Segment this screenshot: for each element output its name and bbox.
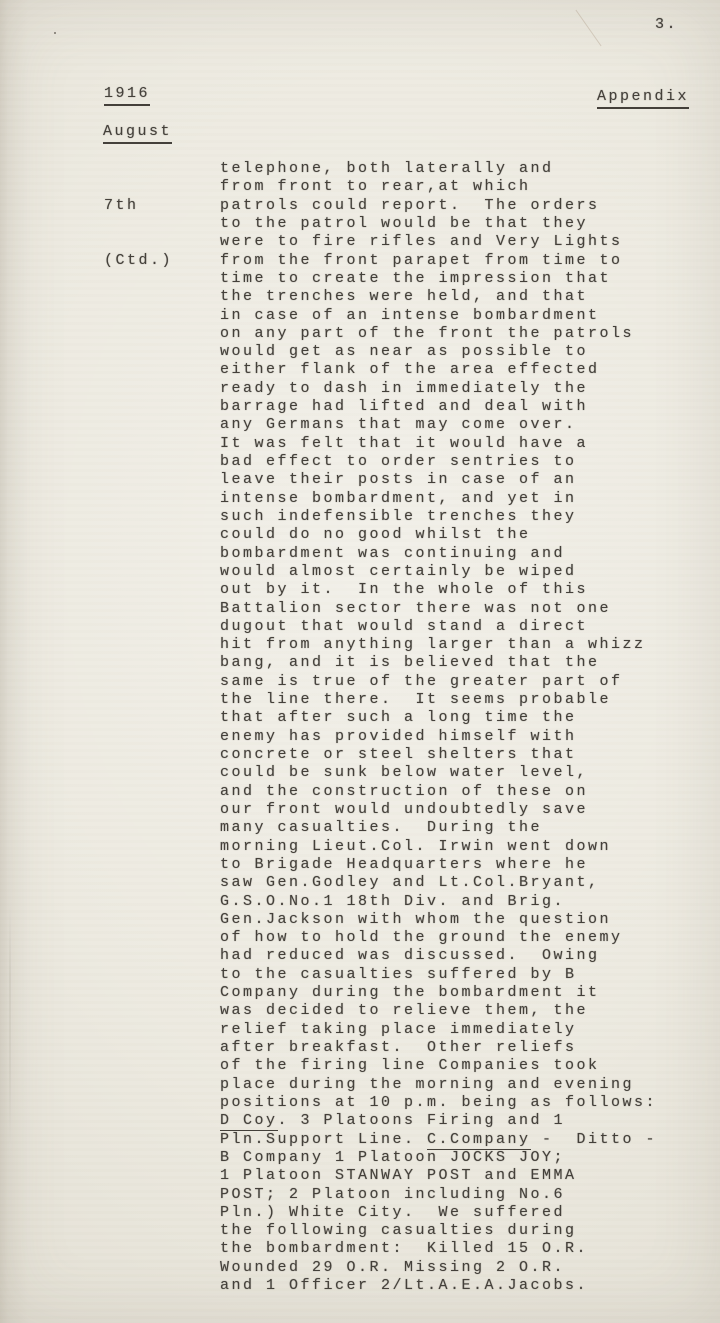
document-page: 3. 1916 Appendix August 7th (Ctd.) telep… <box>0 0 720 1323</box>
body-line: after breakfast. Other reliefs <box>220 1039 657 1057</box>
body-line: of how to hold the ground the enemy <box>220 929 657 947</box>
month-heading: August <box>103 123 172 144</box>
body-line: leave their posts in case of an <box>220 471 657 489</box>
year-heading: 1916 <box>104 85 150 106</box>
body-line: dugout that would stand a direct <box>220 618 657 636</box>
body-line: on any part of the front the patrols <box>220 325 657 343</box>
body-line: the trenches were held, and that <box>220 288 657 306</box>
body-line: and 1 Officer 2/Lt.A.E.A.Jacobs. <box>220 1277 657 1295</box>
body-line: out by it. In the whole of this <box>220 581 657 599</box>
body-line: G.S.O.No.1 18th Div. and Brig. <box>220 893 657 911</box>
body-line: D Coy. 3 Platoons Firing and 1 <box>220 1112 657 1130</box>
body-line: any Germans that may come over. <box>220 416 657 434</box>
body-line: that after such a long time the <box>220 709 657 727</box>
body-line: the bombardment: Killed 15 O.R. <box>220 1240 657 1258</box>
body-line: to the casualties suffered by B <box>220 966 657 984</box>
body-line: from the front parapet from time to <box>220 252 657 270</box>
margin-continued: (Ctd.) <box>104 252 173 270</box>
body-line: our front would undoubtedly save <box>220 801 657 819</box>
body-line: could be sunk below water level, <box>220 764 657 782</box>
body-line: from front to rear,at which <box>220 178 657 196</box>
body-line: enemy has provided himself with <box>220 728 657 746</box>
body-line: hit from anything larger than a whizz <box>220 636 657 654</box>
body-line: telephone, both laterally and <box>220 160 657 178</box>
body-line: such indefensible trenches they <box>220 508 657 526</box>
body-line: morning Lieut.Col. Irwin went down <box>220 838 657 856</box>
body-line: same is true of the greater part of <box>220 673 657 691</box>
body-line: either flank of the area effected <box>220 361 657 379</box>
body-line: place during the morning and evening <box>220 1076 657 1094</box>
body-line: the following casualties during <box>220 1222 657 1240</box>
body-line: to the patrol would be that they <box>220 215 657 233</box>
scan-streak-mark <box>9 905 11 1145</box>
body-line: were to fire rifles and Very Lights <box>220 233 657 251</box>
body-text: telephone, both laterally andfrom front … <box>220 160 657 1295</box>
body-line: bombardment was continuing and <box>220 545 657 563</box>
body-line: POST; 2 Platoon including No.6 <box>220 1186 657 1204</box>
body-line: Battalion sector there was not one <box>220 600 657 618</box>
body-line: to Brigade Headquarters where he <box>220 856 657 874</box>
margin-day: 7th <box>104 197 173 215</box>
body-line: the line there. It seems probable <box>220 691 657 709</box>
page-number: 3. <box>655 16 678 33</box>
body-line: and the construction of these on <box>220 783 657 801</box>
body-line: barrage had lifted and deal with <box>220 398 657 416</box>
body-line: Pln.Support Line. C.Company - Ditto - <box>220 1131 657 1149</box>
body-line: in case of an intense bombardment <box>220 307 657 325</box>
scan-edge-shadow <box>0 0 28 1323</box>
body-line: patrols could report. The orders <box>220 197 657 215</box>
body-line: time to create the impression that <box>220 270 657 288</box>
margin-note: 7th (Ctd.) <box>104 160 173 307</box>
body-line: concrete or steel shelters that <box>220 746 657 764</box>
body-line: bad effect to order sentries to <box>220 453 657 471</box>
body-line: saw Gen.Godley and Lt.Col.Bryant, <box>220 874 657 892</box>
body-line: Company during the bombardment it <box>220 984 657 1002</box>
body-line: relief taking place immediately <box>220 1021 657 1039</box>
body-line: 1 Platoon STANWAY POST and EMMA <box>220 1167 657 1185</box>
body-line: ready to dash in immediately the <box>220 380 657 398</box>
body-line: had reduced was discussed. Owing <box>220 947 657 965</box>
body-line: of the firing line Companies took <box>220 1057 657 1075</box>
body-line: was decided to relieve them, the <box>220 1002 657 1020</box>
body-line: Wounded 29 O.R. Missing 2 O.R. <box>220 1259 657 1277</box>
body-line: could do no good whilst the <box>220 526 657 544</box>
scratch-mark <box>575 10 601 47</box>
body-line: Gen.Jackson with whom the question <box>220 911 657 929</box>
body-line: intense bombardment, and yet in <box>220 490 657 508</box>
body-line: would get as near as possible to <box>220 343 657 361</box>
body-line: bang, and it is believed that the <box>220 654 657 672</box>
body-line: would almost certainly be wiped <box>220 563 657 581</box>
body-line: It was felt that it would have a <box>220 435 657 453</box>
body-line: B Company 1 Platoon JOCKS JOY; <box>220 1149 657 1167</box>
body-line: many casualties. During the <box>220 819 657 837</box>
paper-speck <box>54 32 56 34</box>
body-line: positions at 10 p.m. being as follows: <box>220 1094 657 1112</box>
appendix-heading: Appendix <box>597 88 689 109</box>
body-line: Pln.) White City. We suffered <box>220 1204 657 1222</box>
